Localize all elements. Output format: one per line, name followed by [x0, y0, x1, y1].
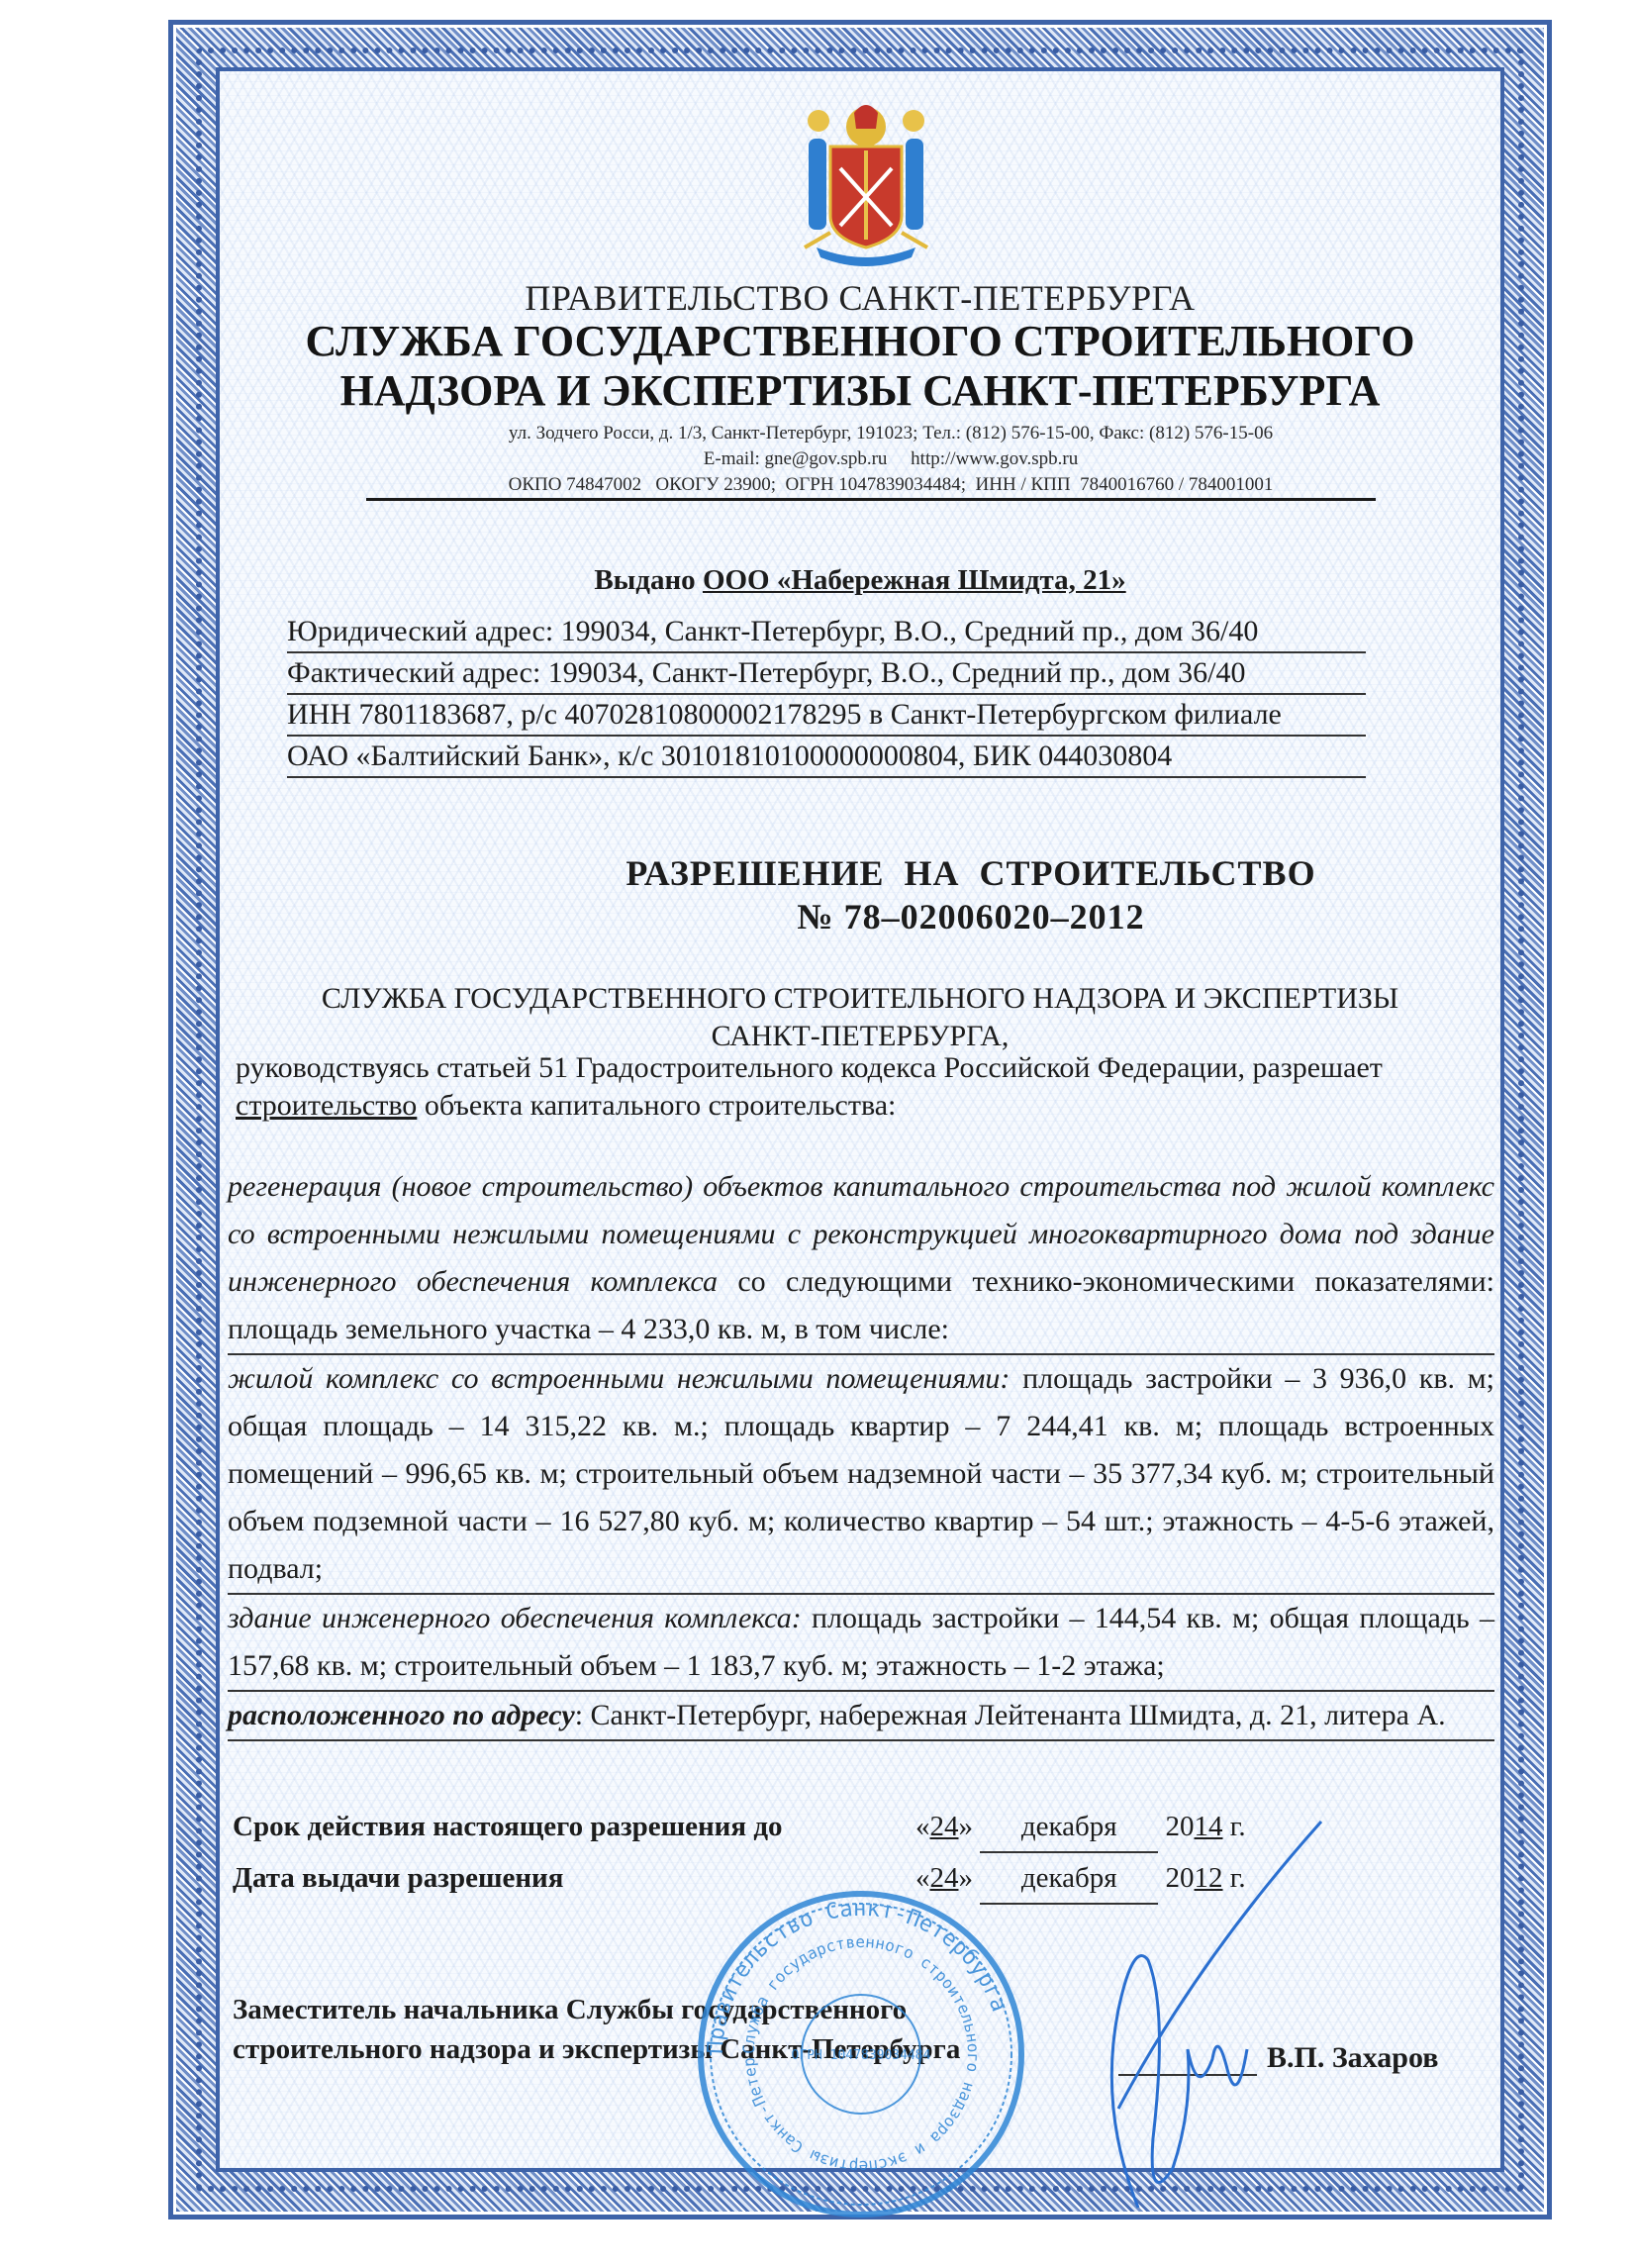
engineering-label: здание инженерного обеспечения комплекса…: [228, 1602, 802, 1634]
document-title: РАЗРЕШЕНИЕ НА СТРОИТЕЛЬСТВО № 78–0200602…: [327, 851, 1615, 938]
agency-title-line-2: НАДЗОРА И ЭКСПЕРТИЗЫ САНКТ-ПЕТЕРБУРГА: [216, 366, 1504, 416]
legal-address: Юридический адрес: 199034, Санкт-Петербу…: [287, 612, 1366, 653]
agency-email-web: E-mail: gne@gov.spb.ru http://www.gov.sp…: [376, 446, 1405, 472]
agency-title-line-1: СЛУЖБА ГОСУДАРСТВЕННОГО СТРОИТЕЛЬНОГО: [216, 317, 1504, 366]
legal-basis-underlined: строительство: [236, 1089, 417, 1122]
agency-address: ул. Зодчего Росси, д. 1/3, Санкт-Петербу…: [376, 421, 1405, 446]
permit-number: № 78–02006020–2012: [327, 895, 1615, 938]
header-divider: [366, 498, 1376, 501]
issued-prefix: Выдано: [594, 564, 695, 596]
government-name: ПРАВИТЕЛЬСТВО САНКТ-ПЕТЕРБУРГА: [216, 277, 1504, 319]
construction-object-description: регенерация (новое строительство) объект…: [228, 1163, 1494, 1741]
agency-title: СЛУЖБА ГОСУДАРСТВЕННОГО СТРОИТЕЛЬНОГО НА…: [216, 317, 1504, 416]
legal-basis-text: руководствуясь статьей 51 Градостроитель…: [236, 1051, 1383, 1084]
residential-text: площадь застройки – 3 936,0 кв. м; общая…: [228, 1362, 1494, 1585]
recipient-details: Юридический адрес: 199034, Санкт-Петербу…: [287, 612, 1395, 778]
agency-codes: ОКПО 74847002 ОКОГУ 23900; ОГРН 10478390…: [376, 472, 1405, 498]
bank-details-2: ОАО «Балтийский Банк», к/с 3010181010000…: [287, 737, 1366, 778]
object-description: регенерация (новое строительство) объект…: [228, 1163, 1494, 1355]
issuing-service-line-1: СЛУЖБА ГОСУДАРСТВЕННОГО СТРОИТЕЛЬНОГО НА…: [216, 980, 1504, 1018]
issuing-service: СЛУЖБА ГОСУДАРСТВЕННОГО СТРОИТЕЛЬНОГО НА…: [216, 980, 1504, 1055]
agency-contacts: ул. Зодчего Росси, д. 1/3, Санкт-Петербу…: [376, 421, 1405, 498]
issued-organization: ООО «Набережная Шмидта, 21»: [703, 564, 1126, 596]
location-label: расположенного по адресу: [228, 1699, 575, 1731]
legal-basis-rest: объекта капитального строительства:: [417, 1089, 896, 1122]
valid-until-label: Срок действия настоящего разрешения до: [233, 1802, 915, 1851]
stamp-ogrn: ОГРН 1047839034484: [792, 2048, 931, 2063]
residential-complex-indicators: жилой комплекс со встроенными нежилыми п…: [228, 1355, 1494, 1595]
valid-until-day: 24: [930, 1811, 959, 1842]
coat-of-arms-icon: [797, 99, 935, 267]
residential-label: жилой комплекс со встроенными нежилыми п…: [228, 1362, 1010, 1395]
actual-address: Фактический адрес: 199034, Санкт-Петербу…: [287, 653, 1366, 695]
location-text: : Санкт-Петербург, набережная Лейтенанта…: [575, 1699, 1446, 1731]
object-location: расположенного по адресу: Санкт-Петербур…: [228, 1692, 1494, 1741]
bank-details-1: ИНН 7801183687, р/с 40702810800002178295…: [287, 695, 1366, 737]
official-stamp-icon: Правительство Санкт-Петербурга Служба го…: [693, 1886, 1029, 2222]
handwritten-signature-icon: [1079, 1812, 1326, 2227]
legal-basis: руководствуясь статьей 51 Градостроитель…: [236, 1049, 1492, 1125]
issued-to-heading: Выдано ООО «Набережная Шмидта, 21»: [216, 564, 1504, 597]
permit-title: РАЗРЕШЕНИЕ НА СТРОИТЕЛЬСТВО: [327, 851, 1615, 895]
engineering-building-indicators: здание инженерного обеспечения комплекса…: [228, 1595, 1494, 1692]
